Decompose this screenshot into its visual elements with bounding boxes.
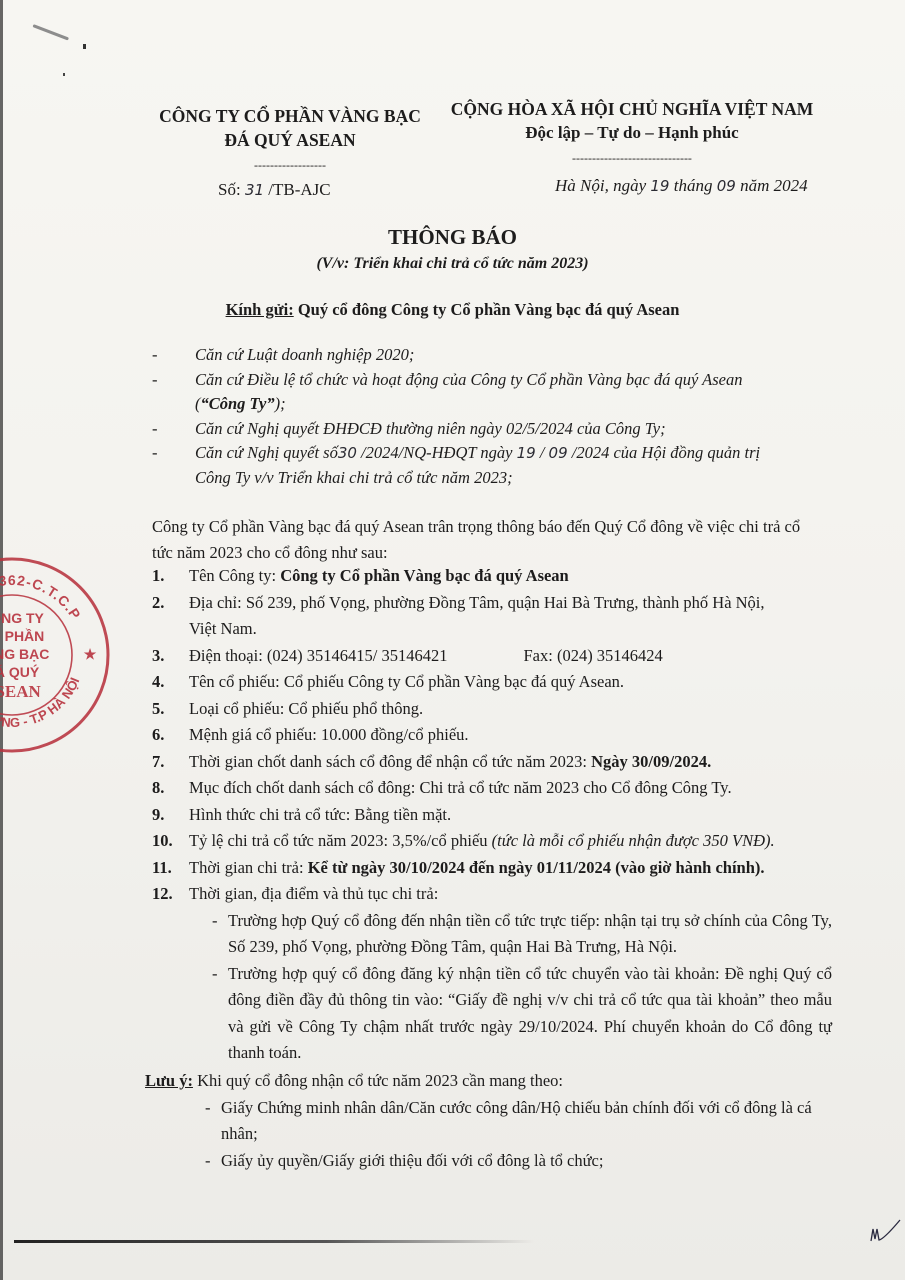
svg-text:VÀNG BẠC: VÀNG BẠC [0,646,49,662]
detail-item: 12. Thời gian, địa điểm và thủ tục chi t… [152,881,832,908]
national-divider: ------------------------------ [436,151,828,165]
svg-text:★: ★ [84,646,97,662]
company-divider: ------------------ [140,158,440,172]
fax-number: Fax: (024) 35146424 [523,646,662,665]
handwritten-number: 31 [245,181,264,199]
detail-item-continuation: Việt Nam. [152,616,832,643]
handwritten-day: 19 [650,177,669,195]
svg-text:CỔ PHẦN: CỔ PHẦN [0,627,44,644]
note-label: Lưu ý: [145,1071,193,1090]
intro-paragraph: Công ty Cổ phần Vàng bạc đá quý Asean tr… [152,514,820,566]
page-bottom-rule [14,1240,534,1243]
detail-item: 8. Mục đích chốt danh sách cổ đông: Chi … [152,775,832,802]
detail-item: 5. Loại cổ phiếu: Cổ phiếu phổ thông. [152,696,832,723]
note-header: Lưu ý: Khi quý cổ đông nhận cổ tức năm 2… [145,1068,835,1095]
company-seal-stamp: 0100695362-C.T.C.P HAI BÀ TRƯNG - T.P HÀ… [0,555,112,755]
note-item: - Giấy Chứng minh nhân dân/Căn cước công… [205,1095,835,1148]
detail-item: 7. Thời gian chốt danh sách cổ đông để n… [152,749,832,776]
detail-item: 1. Tên Công ty: Công ty Cổ phần Vàng bạc… [152,563,832,590]
procedure-item: - Trường hợp quý cổ đông đăng ký nhận ti… [212,961,832,1067]
basis-item: - Căn cứ Điều lệ tổ chức và hoạt động củ… [152,368,832,393]
note-section: Lưu ý: Khi quý cổ đông nhận cổ tức năm 2… [145,1068,835,1174]
document-number: Số: 31 /TB-AJC [218,180,331,200]
dividend-details-list: 1. Tên Công ty: Công ty Cổ phần Vàng bạc… [152,563,832,1067]
basis-item-continuation: Công Ty v/v Triển khai chi trả cổ tức nă… [152,466,832,491]
basis-item-continuation: (“Công Ty”); [152,392,832,417]
recipient-text: Quý cổ đông Công ty Cổ phần Vàng bạc đá … [298,300,680,319]
detail-item: 4. Tên cổ phiếu: Cổ phiếu Công ty Cổ phầ… [152,669,832,696]
basis-item: - Căn cứ Luật doanh nghiệp 2020; [152,343,832,368]
detail-item: 2. Địa chỉ: Số 239, phố Vọng, phường Đồn… [152,590,832,617]
svg-text:ĐÁ QUÝ: ĐÁ QUÝ [0,663,40,680]
detail-item: 10. Tỷ lệ chi trả cổ tức năm 2023: 3,5%/… [152,828,832,855]
document-subject: (V/v: Triển khai chi trả cổ tức năm 2023… [0,255,905,273]
handwritten-resolution-number: 30 [338,444,357,462]
handwritten-day: 19 [517,444,536,462]
svg-text:ASEAN: ASEAN [0,682,42,701]
company-name-line1: CÔNG TY CỔ PHẦN VÀNG BẠC [140,104,440,128]
legal-basis-list: - Căn cứ Luật doanh nghiệp 2020; - Căn c… [152,343,832,491]
detail-item: 9. Hình thức chi trả cổ tức: Bằng tiền m… [152,802,832,829]
company-name-line2: ĐÁ QUÝ ASEAN [140,128,440,152]
document-date: Hà Nội, ngày 19 tháng 09 năm 2024 [555,176,808,196]
handwritten-month: 09 [549,444,568,462]
national-motto: Độc lập – Tự do – Hạnh phúc [436,121,828,145]
svg-text:CÔNG TY: CÔNG TY [0,609,45,626]
document-title: THÔNG BÁO [0,225,905,250]
national-header: CỘNG HÒA XÃ HỘI CHỦ NGHĨA VIỆT NAM Độc l… [436,97,828,165]
detail-item: 3. Điện thoại: (024) 35146415/ 35146421F… [152,643,832,670]
pen-mark [32,24,69,40]
pen-dot [63,73,65,76]
detail-item: 11. Thời gian chi trả: Kể từ ngày 30/10/… [152,855,832,882]
handwritten-initials [868,1215,904,1245]
note-item: - Giấy ủy quyền/Giấy giới thiệu đối với … [205,1148,835,1175]
handwritten-month: 09 [717,177,736,195]
recipient-label: Kính gửi: [226,300,294,319]
company-header: CÔNG TY CỔ PHẦN VÀNG BẠC ĐÁ QUÝ ASEAN --… [140,104,440,172]
basis-item: - Căn cứ Nghị quyết số30 /2024/NQ-HĐQT n… [152,441,832,466]
procedure-item: - Trường hợp Quý cổ đông đến nhận tiền c… [212,908,832,961]
detail-item: 6. Mệnh giá cổ phiếu: 10.000 đồng/cổ phi… [152,722,832,749]
pen-dot [83,44,86,49]
country-name: CỘNG HÒA XÃ HỘI CHỦ NGHĨA VIỆT NAM [436,97,828,121]
recipient: Kính gửi: Quý cổ đông Công ty Cổ phần Và… [0,300,905,320]
basis-item: - Căn cứ Nghị quyết ĐHĐCĐ thường niên ng… [152,417,832,442]
payment-procedure-list: - Trường hợp Quý cổ đông đến nhận tiền c… [152,908,832,1067]
